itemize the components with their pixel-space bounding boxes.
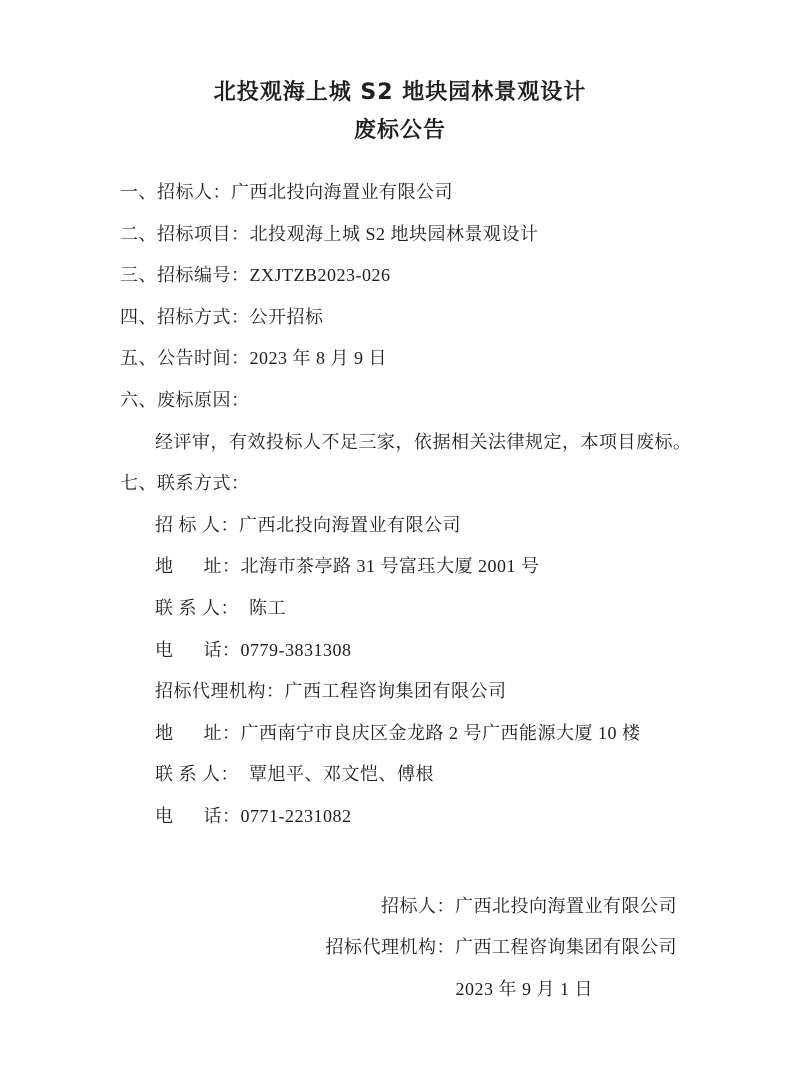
item-announcement-date: 五、公告时间：2023 年 8 月 9 日 [120,338,700,380]
signature-date: 2023 年 9 月 1 日 [0,969,677,1011]
cancellation-reason-text: 经评审，有效投标人不足三家，依据相关法律规定，本项目废标。 [120,422,700,464]
contact-agency: 招标代理机构：广西工程咨询集团有限公司 [120,671,700,713]
contact-agency-phone: 电 话：0771-2231082 [120,796,700,838]
contact-tenderer-address: 地 址：北海市茶亭路 31 号富珏大厦 2001 号 [120,546,700,588]
item-tender-number: 三、招标编号：ZXJTZB2023-026 [120,255,700,297]
contact-tenderer-phone: 电 话：0779-3831308 [120,630,700,672]
item-contact-heading: 七、联系方式： [120,463,700,505]
document-page: 北投观海上城 S2 地块园林景观设计 废标公告 一、招标人：广西北投向海置业有限… [0,0,800,1083]
signature-tenderer: 招标人：广西北投向海置业有限公司 [0,886,677,928]
contact-tenderer: 招 标 人：广西北投向海置业有限公司 [120,505,700,547]
item-project: 二、招标项目：北投观海上城 S2 地块园林景观设计 [120,214,700,256]
signature-block: 招标人：广西北投向海置业有限公司 招标代理机构：广西工程咨询集团有限公司 202… [0,886,800,1011]
item-cancellation-reason-heading: 六、废标原因： [120,380,700,422]
document-body: 一、招标人：广西北投向海置业有限公司 二、招标项目：北投观海上城 S2 地块园林… [0,172,800,838]
document-subtitle: 废标公告 [0,116,800,146]
signature-agency: 招标代理机构：广西工程咨询集团有限公司 [0,927,677,969]
item-tender-method: 四、招标方式：公开招标 [120,297,700,339]
contact-agency-address: 地 址：广西南宁市良庆区金龙路 2 号广西能源大厦 10 楼 [120,713,700,755]
document-title: 北投观海上城 S2 地块园林景观设计 [0,0,800,108]
item-tenderer: 一、招标人：广西北投向海置业有限公司 [120,172,700,214]
contact-tenderer-person: 联 系 人： 陈工 [120,588,700,630]
contact-agency-person: 联 系 人： 覃旭平、邓文恺、傅根 [120,754,700,796]
